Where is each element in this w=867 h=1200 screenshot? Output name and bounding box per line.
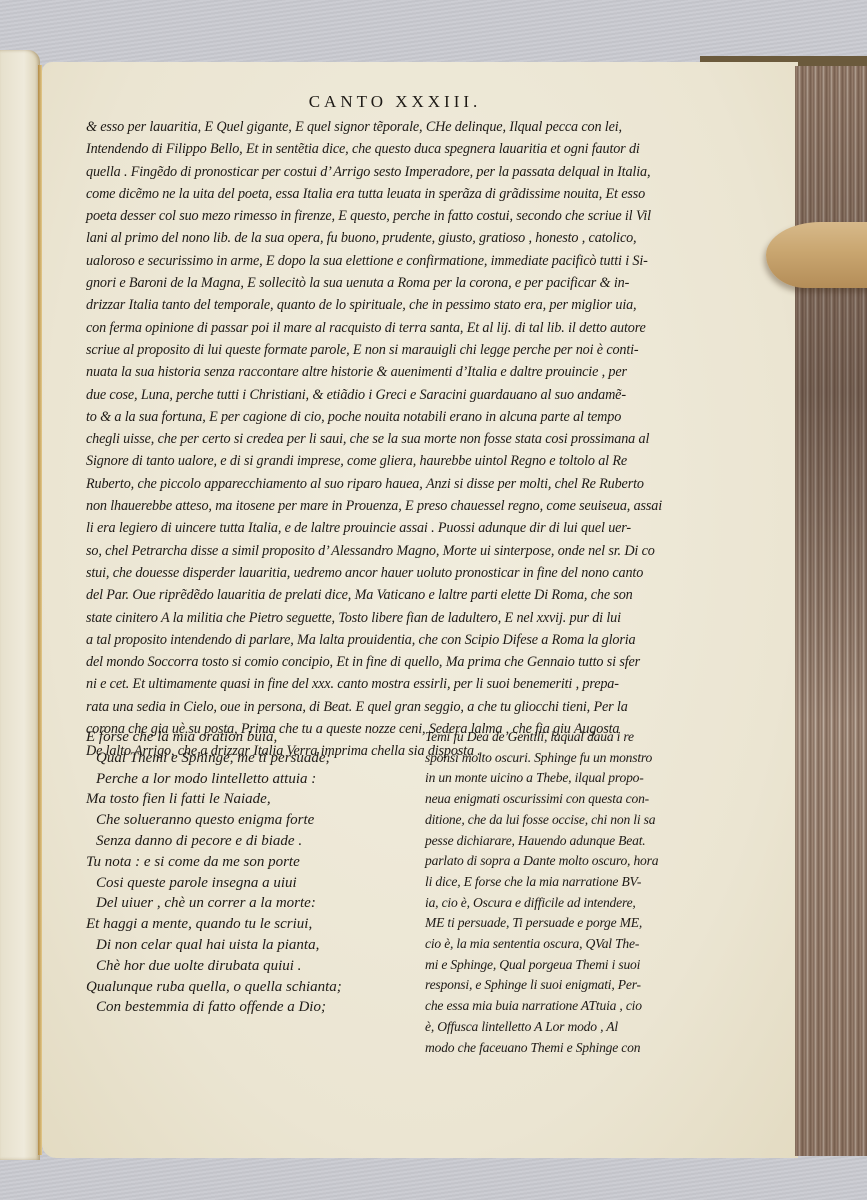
commentary-line: ualoroso e securissimo in arme, E dopo l…	[86, 250, 680, 272]
gloss-line: ME ti persuade, Ti persuade e porge ME,	[425, 913, 725, 934]
commentary-line: del mondo Soccorra tosto si comio concip…	[86, 651, 680, 673]
commentary-line: rata una sedia in Cielo, oue in persona,…	[86, 696, 680, 718]
commentary-line: due cose, Luna, perche tutti i Christian…	[86, 384, 680, 406]
gloss-line: è, Offusca lintelletto A Lor modo , Al	[425, 1017, 725, 1038]
commentary-line: del Par. Oue riprẽdẽdo lauaritia de prel…	[86, 584, 680, 606]
gloss-column: Temi fu Dea de Gentili, laqual daua i re…	[425, 727, 725, 1058]
gloss-line: in un monte uicino a Thebe, ilqual propo…	[425, 768, 725, 789]
commentary-text: & esso per lauaritia, E Quel gigante, E …	[90, 116, 680, 763]
verse-line: Senza danno di pecore e di biade .	[86, 831, 416, 852]
gloss-line: modo che faceuano Themi e Sphinge con	[425, 1038, 725, 1059]
commentary-line: come dicẽmo ne la uita del poeta, essa I…	[86, 183, 680, 205]
commentary-line: scriue al proposito di lui queste format…	[86, 339, 680, 361]
commentary-line: li era legiero di uincere tutta Italia, …	[86, 517, 680, 539]
gloss-line: sponsi molto oscuri. Sphinge fu un monst…	[425, 748, 725, 769]
verse-line: Del uiuer , chè un correr a la morte:	[86, 893, 416, 914]
commentary-line: so, chel Petrarcha disse a simil proposi…	[86, 540, 680, 562]
verse-line: Ma tosto fien li fatti le Naiade,	[86, 789, 416, 810]
verse-line: Chè hor due uolte dirubata quiui .	[86, 956, 416, 977]
left-page-edge	[0, 50, 40, 1160]
commentary-line: state cinitero A la militia che Pietro s…	[86, 607, 680, 629]
commentary-line: to & a la sua fortuna, E per cagione di …	[86, 406, 680, 428]
gloss-line: che essa mia buia narratione ATtuia , ci…	[425, 996, 725, 1017]
commentary-line: Ruberto, che piccolo apparecchiamento al…	[86, 473, 680, 495]
commentary-line: poeta desser col suo mezo rimesso in fir…	[86, 205, 680, 227]
verse-line: Di non celar qual hai uista la pianta,	[86, 935, 416, 956]
commentary-line: Signore di tanto ualore, e di si grandi …	[86, 450, 680, 472]
commentary-line: chegli uisse, che per certo si credea pe…	[86, 428, 680, 450]
verse-line: Qualunque ruba quella, o quella schianta…	[86, 977, 416, 998]
commentary-line: gnori e Baroni de la Magna, E sollecitò …	[86, 272, 680, 294]
commentary-line: quella . Fingẽdo di pronosticar per cost…	[86, 161, 680, 183]
verse-line: Che solueranno questo enigma forte	[86, 810, 416, 831]
commentary-line: & esso per lauaritia, E Quel gigante, E …	[86, 116, 680, 138]
commentary-line: con ferma opinione di passar poi il mare…	[86, 317, 680, 339]
gloss-line: parlato di sopra a Dante molto oscuro, h…	[425, 851, 725, 872]
verse-line: Cosi queste parole insegna a uiui	[86, 873, 416, 894]
commentary-line: stui, che douesse disperder lauaritia, u…	[86, 562, 680, 584]
gloss-line: responsi, e Sphinge li suoi enigmati, Pe…	[425, 975, 725, 996]
gloss-line: cio è, la mia sententia oscura, QVal The…	[425, 934, 725, 955]
verse-line: Et haggi a mente, quando tu le scriui,	[86, 914, 416, 935]
verse-line: Tu nota : e si come da me son porte	[86, 852, 416, 873]
verse-column: E forse che la mia oration buia,Qual The…	[86, 727, 416, 1018]
gloss-line: neua enigmati oscurissimi con questa con…	[425, 789, 725, 810]
commentary-line: non lhauerebbe atteso, ma itosene per ma…	[86, 495, 680, 517]
gloss-line: pesse dichiarare, Hauendo adunque Beat.	[425, 831, 725, 852]
gloss-line: ditione, che da lui fosse occise, chi no…	[425, 810, 725, 831]
commentary-block: CANTO XXXIII. & esso per lauaritia, E Qu…	[90, 92, 680, 763]
gloss-line: mi e Sphinge, Qual porgeua Themi i suoi	[425, 955, 725, 976]
commentary-line: ni e cet. Et ultimamente quasi in fine d…	[86, 673, 680, 695]
commentary-line: lani al primo del nono lib. de la sua op…	[86, 227, 680, 249]
book-weight-snake	[766, 222, 867, 288]
verse-line: Con bestemmia di fatto offende a Dio;	[86, 997, 416, 1018]
page-heading: CANTO XXXIII.	[110, 92, 680, 116]
commentary-line: Intendendo di Filippo Bello, Et in sentẽ…	[86, 138, 680, 160]
verse-line: E forse che la mia oration buia,	[86, 727, 416, 748]
gloss-line: li dice, E forse che la mia narratione B…	[425, 872, 725, 893]
commentary-line: drizzar Italia tanto del temporale, quan…	[86, 294, 680, 316]
commentary-line: nuata la sua historia senza raccontare a…	[86, 361, 680, 383]
verse-line: Perche a lor modo lintelletto attuia :	[86, 769, 416, 790]
gloss-line: Temi fu Dea de Gentili, laqual daua i re	[425, 727, 725, 748]
commentary-line: a tal proposito intendendo di parlare, M…	[86, 629, 680, 651]
gloss-line: ia, cio è, Oscura e difficile ad intende…	[425, 893, 725, 914]
verse-line: Qual Themi e Sphinge, me ti persuade;	[86, 748, 416, 769]
